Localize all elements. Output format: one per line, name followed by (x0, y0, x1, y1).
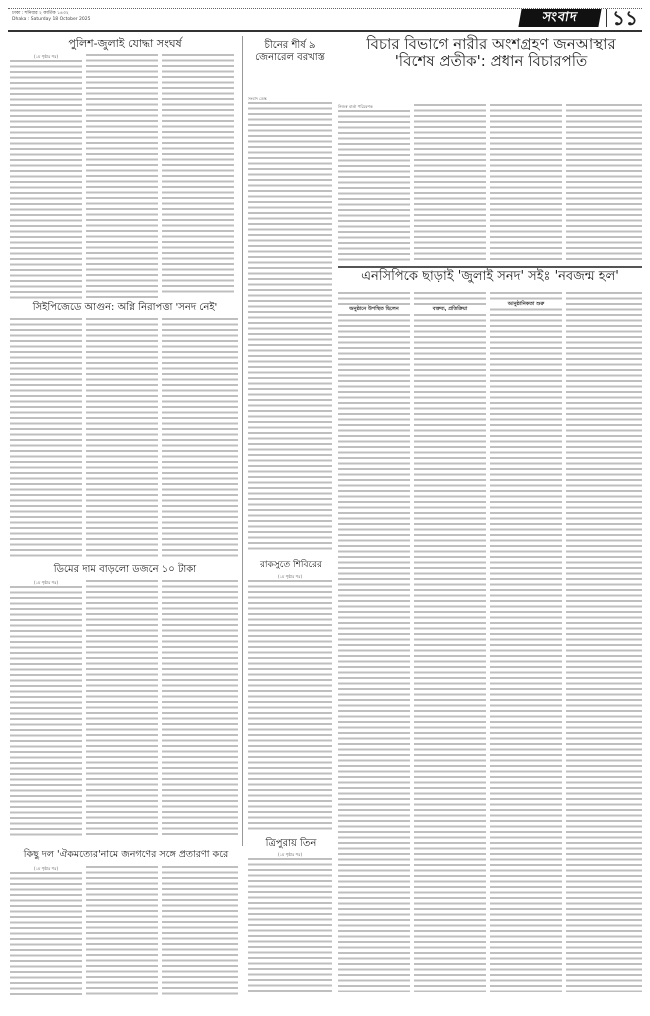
body-text (414, 292, 486, 992)
headline-line-2: 'বিশেষ প্রতীক': প্রধান বিচারপতি (336, 53, 646, 70)
article-column (86, 580, 158, 838)
body-text (10, 60, 82, 299)
article-column: (১ম পৃষ্ঠার পর) (10, 580, 82, 838)
subhead: অনুষ্ঠানে উপস্থিত ছিলেন (338, 306, 410, 313)
article-column: (১ম পৃষ্ঠার পর) (248, 574, 332, 832)
body-text (10, 872, 82, 996)
article-column (490, 104, 562, 262)
body-text (86, 580, 158, 838)
article-column: আনুষ্ঠানিকতা শুরু (490, 292, 562, 992)
headline-police-july: পুলিশ-জুলাই যোদ্ধা সংঘর্ষ (10, 38, 240, 51)
article-column (86, 54, 158, 299)
column-divider (242, 36, 243, 846)
article-column: নিজস্ব বার্তা পরিবেশক (338, 104, 410, 262)
body-text (162, 318, 238, 558)
page-separator (606, 9, 607, 27)
section-rule (338, 266, 642, 268)
body-text (248, 102, 332, 551)
body-text (490, 104, 562, 262)
body-text (414, 104, 486, 262)
headline-cepz-fire: সিইপিজেডে আগুন: অগ্নি নিরাপত্তা 'সনদ নেই… (10, 302, 240, 314)
headline-chinese-generals: চীনের শীর্ষ ৯ জেনারেল বরখাস্ত (248, 40, 332, 63)
date-english: Dhaka : Saturday 18 October 2025 (12, 17, 91, 23)
article-column (414, 104, 486, 262)
body-text (10, 586, 82, 838)
headline-line-1: বিচার বিভাগে নারীর অংশগ্রহণ জনআস্থার (336, 36, 646, 53)
body-text (566, 104, 642, 262)
article-column (10, 318, 82, 558)
headline-egg-price: ডিমের দাম বাড়লো ডজনে ১০ টাকা (10, 564, 240, 576)
masthead: ঢাকা : শনিবার ২ কার্তিক ১৪৩২ Dhaka : Sat… (0, 0, 650, 30)
subhead: বক্তব্য, প্রতিক্রিয়া (414, 306, 486, 313)
article-column (162, 866, 238, 996)
newspaper-logo: সংবাদ (518, 9, 601, 27)
headline-unity-fraud: কিছু দল 'ঐকমত্যের'নামে জনগণের সঙ্গে প্রত… (10, 850, 242, 861)
body-text (86, 866, 158, 996)
body-text (566, 292, 642, 992)
article-column: বক্তব্য, প্রতিক্রিয়া (414, 292, 486, 992)
body-text (162, 866, 238, 996)
headline-rakshu: রাকসুতে শিবিরের (248, 560, 334, 570)
article-column: (১ম পৃষ্ঠার পর) (10, 866, 82, 996)
top-rule (8, 30, 642, 32)
article-column: (১ম পৃষ্ঠার পর) (10, 54, 82, 299)
headline-tripura: ত্রিপুরায় তিন (248, 838, 334, 850)
body-text (10, 318, 82, 558)
body-text (338, 110, 410, 262)
article-column (162, 580, 238, 838)
headline-judiciary-women: বিচার বিভাগে নারীর অংশগ্রহণ জনআস্থার 'বি… (336, 36, 646, 71)
article-column: সংবাদ ডেস্ক (248, 96, 332, 551)
article-column (86, 318, 158, 558)
article-column: (১ম পৃষ্ঠার পর) (248, 852, 332, 992)
body-text (490, 292, 562, 992)
subhead: আনুষ্ঠানিকতা শুরু (490, 301, 562, 308)
body-text (86, 54, 158, 299)
article-column: অনুষ্ঠানে উপস্থিত ছিলেন (338, 292, 410, 992)
dateline: ঢাকা : শনিবার ২ কার্তিক ১৪৩২ Dhaka : Sat… (12, 11, 91, 22)
article-column (162, 54, 234, 294)
body-text (162, 580, 238, 838)
article-column (566, 292, 642, 992)
body-text (86, 318, 158, 558)
article-column (162, 318, 238, 558)
article-column (86, 866, 158, 996)
body-text (338, 292, 410, 992)
body-text (248, 858, 332, 992)
body-text (248, 580, 332, 832)
article-column (566, 104, 642, 262)
page-number: ১১ (612, 7, 638, 29)
headline-ncp-charter: এনসিপিকে ছাড়াই 'জুলাই সনদ' সইঃ 'নবজন্ম … (338, 270, 642, 285)
body-text (162, 54, 234, 294)
